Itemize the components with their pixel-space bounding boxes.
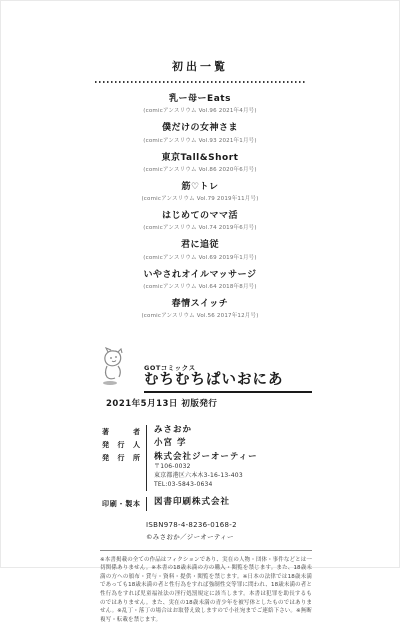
list-item: 君に追従 (comicアンスリウム Vol.69 2019年1月号) (95, 240, 305, 260)
work-title: はじめてのママ活 (95, 211, 305, 222)
credit-value: 小宮 学 (154, 438, 312, 449)
work-source: (comicアンスリウム Vol.79 2019年11月号) (95, 194, 305, 202)
work-source: (comicアンスリウム Vol.56 2017年12月号) (95, 311, 305, 319)
list-item: 春情スイッチ (comicアンスリウム Vol.56 2017年12月号) (95, 299, 305, 319)
edition-date: 2021年5月13日 初版発行 (106, 397, 312, 409)
credit-value: 図書印刷株式会社 (154, 497, 312, 508)
credit-label: 著者 (102, 425, 146, 437)
publisher-phone: TEL:03-5843-0634 (154, 481, 312, 490)
credit-value: 株式会社ジーオーティー (154, 452, 312, 463)
credit-row-publisher-company: 発行所 株式会社ジーオーティー 〒106-0032 東京都港区六本木3-16-1… (102, 452, 312, 492)
work-source: (comicアンスリウム Vol.64 2018年8月号) (95, 282, 305, 290)
work-title: いやされオイルマッサージ (95, 270, 305, 281)
work-source: (comicアンスリウム Vol.86 2020年6月号) (95, 165, 305, 173)
list-item: いやされオイルマッサージ (comicアンスリウム Vol.64 2018年8月… (95, 270, 305, 290)
book-title-block: GOTコミックス むちむちぱいおにあ (144, 363, 312, 393)
got-mascot-icon (100, 347, 144, 393)
work-title: 君に追従 (95, 240, 305, 251)
copyright-line: ©みさおか／ジーオーティー (146, 532, 312, 541)
credit-value-cell: みさおか (146, 425, 312, 438)
work-source: (comicアンスリウム Vol.96 2021年4月号) (95, 106, 305, 114)
work-title: 筋♡トレ (95, 182, 305, 193)
work-source: (comicアンスリウム Vol.74 2019年6月号) (95, 223, 305, 231)
credit-value: みさおか (154, 425, 312, 436)
credit-row-printer: 印刷・製本 図書印刷株式会社 (102, 497, 312, 510)
list-item: はじめてのママ活 (comicアンスリウム Vol.74 2019年6月号) (95, 211, 305, 231)
credit-row-publisher-person: 発行人 小宮 学 (102, 438, 312, 451)
credit-label: 発行所 (102, 452, 146, 464)
list-item: 東京Tall&Short (comicアンスリウム Vol.86 2020年6月… (95, 153, 305, 173)
publisher-postal-code: 〒106-0032 (154, 463, 312, 472)
work-source: (comicアンスリウム Vol.93 2021年1月号) (95, 136, 305, 144)
work-title: 春情スイッチ (95, 299, 305, 310)
publisher-address: 東京都港区六本木3-16-13-403 (154, 472, 312, 481)
first-publication-section: 初出一覧 乳ー母ーEats (comicアンスリウム Vol.96 2021年4… (95, 58, 305, 328)
dotted-divider (95, 81, 305, 83)
colophon-section: GOTコミックス むちむちぱいおにあ 2021年5月13日 初版発行 著者 みさ… (100, 347, 312, 624)
work-title: 東京Tall&Short (95, 153, 305, 164)
list-item: 乳ー母ーEats (comicアンスリウム Vol.96 2021年4月号) (95, 94, 305, 114)
section-title: 初出一覧 (95, 58, 305, 74)
credit-value-cell: 小宮 学 (146, 438, 312, 451)
isbn-number: ISBN978-4-8236-0168-2 (146, 521, 312, 529)
work-title: 僕だけの女神さま (95, 123, 305, 134)
credit-label: 印刷・製本 (102, 497, 146, 509)
credit-row-author: 著者 みさおか (102, 425, 312, 438)
work-source: (comicアンスリウム Vol.69 2019年1月号) (95, 253, 305, 261)
credits-table: 著者 みさおか 発行人 小宮 学 発行所 株式会社ジーオーティー 〒106-00… (102, 425, 312, 511)
legal-disclaimer: ※本書掲載の全ての作品はフィクションであり、実在の人物・団体・事件などとは一切関… (100, 556, 312, 624)
book-title-row: GOTコミックス むちむちぱいおにあ (100, 347, 312, 393)
disclaimer-divider (100, 550, 312, 551)
work-title: 乳ー母ーEats (95, 94, 305, 105)
book-title: むちむちぱいおにあ (144, 372, 312, 389)
credit-label: 発行人 (102, 438, 146, 450)
list-item: 僕だけの女神さま (comicアンスリウム Vol.93 2021年1月号) (95, 123, 305, 143)
credit-value-cell: 株式会社ジーオーティー 〒106-0032 東京都港区六本木3-16-13-40… (146, 452, 312, 492)
imprint-label: GOTコミックス (144, 363, 312, 372)
credit-value-cell: 図書印刷株式会社 (146, 497, 312, 510)
list-item: 筋♡トレ (comicアンスリウム Vol.79 2019年11月号) (95, 182, 305, 202)
